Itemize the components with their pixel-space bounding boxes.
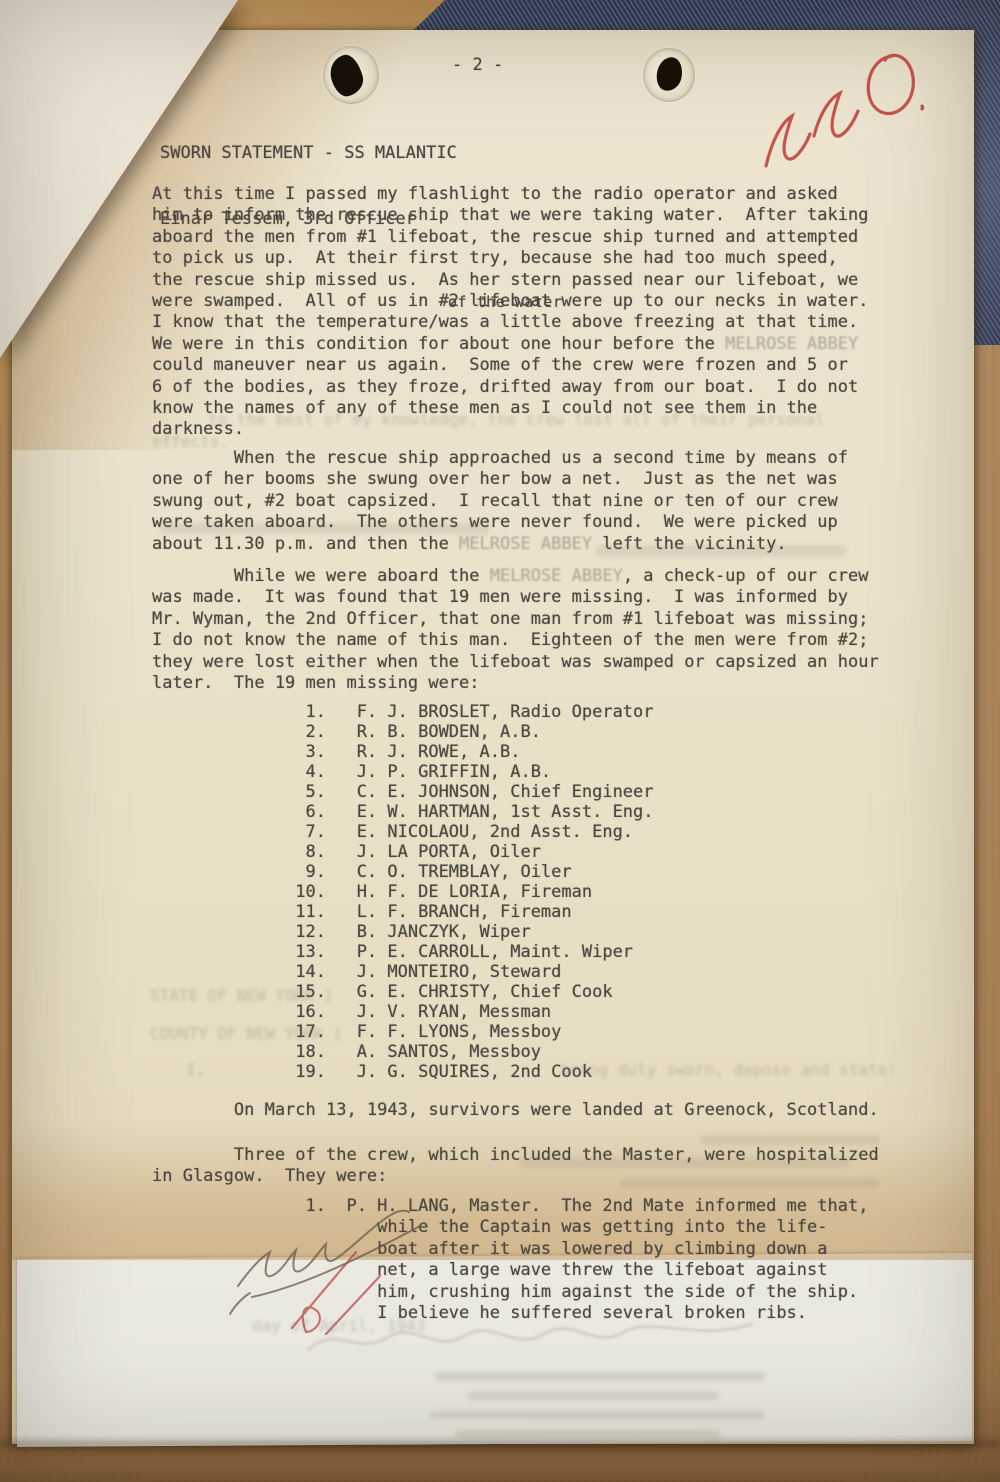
- typed-line: 2. R. B. BOWDEN, A.B.: [152, 722, 654, 742]
- typed-line: swung out, #2 boat capsized. I recall th…: [152, 491, 848, 512]
- typed-line: 4. J. P. GRIFFIN, A.B.: [152, 762, 654, 782]
- typed-line: 7. E. NICOLAOU, 2nd Asst. Eng.: [152, 822, 654, 842]
- typed-line: I do not know the name of this man. Eigh…: [152, 630, 879, 651]
- typed-line: 12. B. JANCZYK, Wiper: [152, 922, 654, 942]
- pencil-scribble: [228, 1202, 443, 1342]
- statement-paragraph-2: When the rescue ship approached us a sec…: [152, 448, 848, 555]
- statement-title-line1: SWORN STATEMENT - SS MALANTIC: [160, 142, 457, 164]
- ghost-fragment: COUNTY OF NEW YORK ): [150, 1024, 343, 1043]
- ghost-smudge: [620, 1178, 880, 1188]
- typed-line: 11. L. F. BRANCH, Fireman: [152, 902, 654, 922]
- ghost-stamp-line: [435, 1372, 765, 1381]
- typed-line: 3. R. J. ROWE, A.B.: [152, 742, 654, 762]
- ghost-fragment: being duly sworn, depose and state:: [560, 1060, 897, 1079]
- typed-line: When the rescue ship approached us a sec…: [152, 448, 848, 469]
- typed-line: they were lost either when the lifeboat …: [152, 652, 879, 673]
- landed-line: On March 13, 1943, survivors were landed…: [152, 1100, 879, 1121]
- ghost-stamp-line: [430, 1411, 765, 1419]
- ghost-stamp-line: [455, 1430, 720, 1438]
- typed-line: was made. It was found that 19 men were …: [152, 587, 879, 608]
- typed-line: I know that the temperature/was a little…: [152, 312, 868, 333]
- typed-line: 8. J. LA PORTA, Oiler: [152, 842, 654, 862]
- ghost-smudge: [160, 523, 490, 534]
- typed-line: the rescue ship missed us. As her stern …: [152, 270, 868, 291]
- typed-line: aboard the men from #1 lifeboat, the res…: [152, 227, 868, 248]
- ghost-smudge: [596, 545, 846, 557]
- ghost-fragment: to the best of my knowledge, the crew lo…: [208, 410, 825, 429]
- typed-line: 10. H. F. DE LORIA, Fireman: [152, 882, 654, 902]
- typed-line: We were in this condition for about one …: [152, 334, 868, 355]
- ghost-fragment: effects.: [152, 432, 229, 451]
- ghost-smudge: [520, 1158, 850, 1168]
- typed-line: While we were aboard the MELROSE ABBEY, …: [152, 566, 879, 587]
- statement-paragraph-3: While we were aboard the MELROSE ABBEY, …: [152, 566, 879, 694]
- ghost-fragment: I,: [186, 1060, 205, 1079]
- ghost-smudge: [700, 1135, 880, 1145]
- typed-line: On March 13, 1943, survivors were landed…: [152, 1100, 879, 1121]
- typed-line: later. The 19 men missing were:: [152, 673, 879, 694]
- typed-line: 13. P. E. CARROLL, Maint. Wiper: [152, 942, 654, 962]
- red-ink-annotation: [752, 42, 937, 212]
- typed-text-layer: - 2 - SWORN STATEMENT - SS MALANTIC Eina…: [0, 0, 1000, 1482]
- typed-line: 18. A. SANTOS, Messboy: [152, 1042, 654, 1062]
- typed-line: 1. F. J. BROSLET, Radio Operator: [152, 702, 654, 722]
- red-pencil-marks: [292, 1252, 380, 1334]
- typed-line: 14. J. MONTEIRO, Steward: [152, 962, 654, 982]
- ghost-fragment: STATE OF NEW YORK ): [150, 986, 333, 1005]
- page-number: - 2 -: [452, 55, 503, 76]
- inserted-correction: of the water: [448, 292, 562, 313]
- typed-line: to pick us up. At their first try, becau…: [152, 248, 868, 269]
- red-letter-o: [868, 55, 913, 113]
- typed-line: Mr. Wyman, the 2nd Officer, that one man…: [152, 609, 879, 630]
- typed-line: could maneuver near us again. Some of th…: [152, 355, 868, 376]
- typed-line: 6 of the bodies, as they froze, drifted …: [152, 377, 868, 398]
- typed-line: 5. C. E. JOHNSON, Chief Engineer: [152, 782, 654, 802]
- ghost-stamp-line: [468, 1392, 718, 1400]
- red-period: [922, 106, 923, 109]
- photo-scene: - 2 - SWORN STATEMENT - SS MALANTIC Eina…: [0, 0, 1000, 1482]
- typed-line: 6. E. W. HARTMAN, 1st Asst. Eng.: [152, 802, 654, 822]
- typed-line: 9. C. O. TREMBLAY, Oiler: [152, 862, 654, 882]
- typed-line: 16. J. V. RYAN, Messman: [152, 1002, 654, 1022]
- typed-line: one of her booms she swung over her bow …: [152, 469, 848, 490]
- red-letter-n2: [814, 93, 858, 136]
- red-letter-n1: [766, 116, 810, 166]
